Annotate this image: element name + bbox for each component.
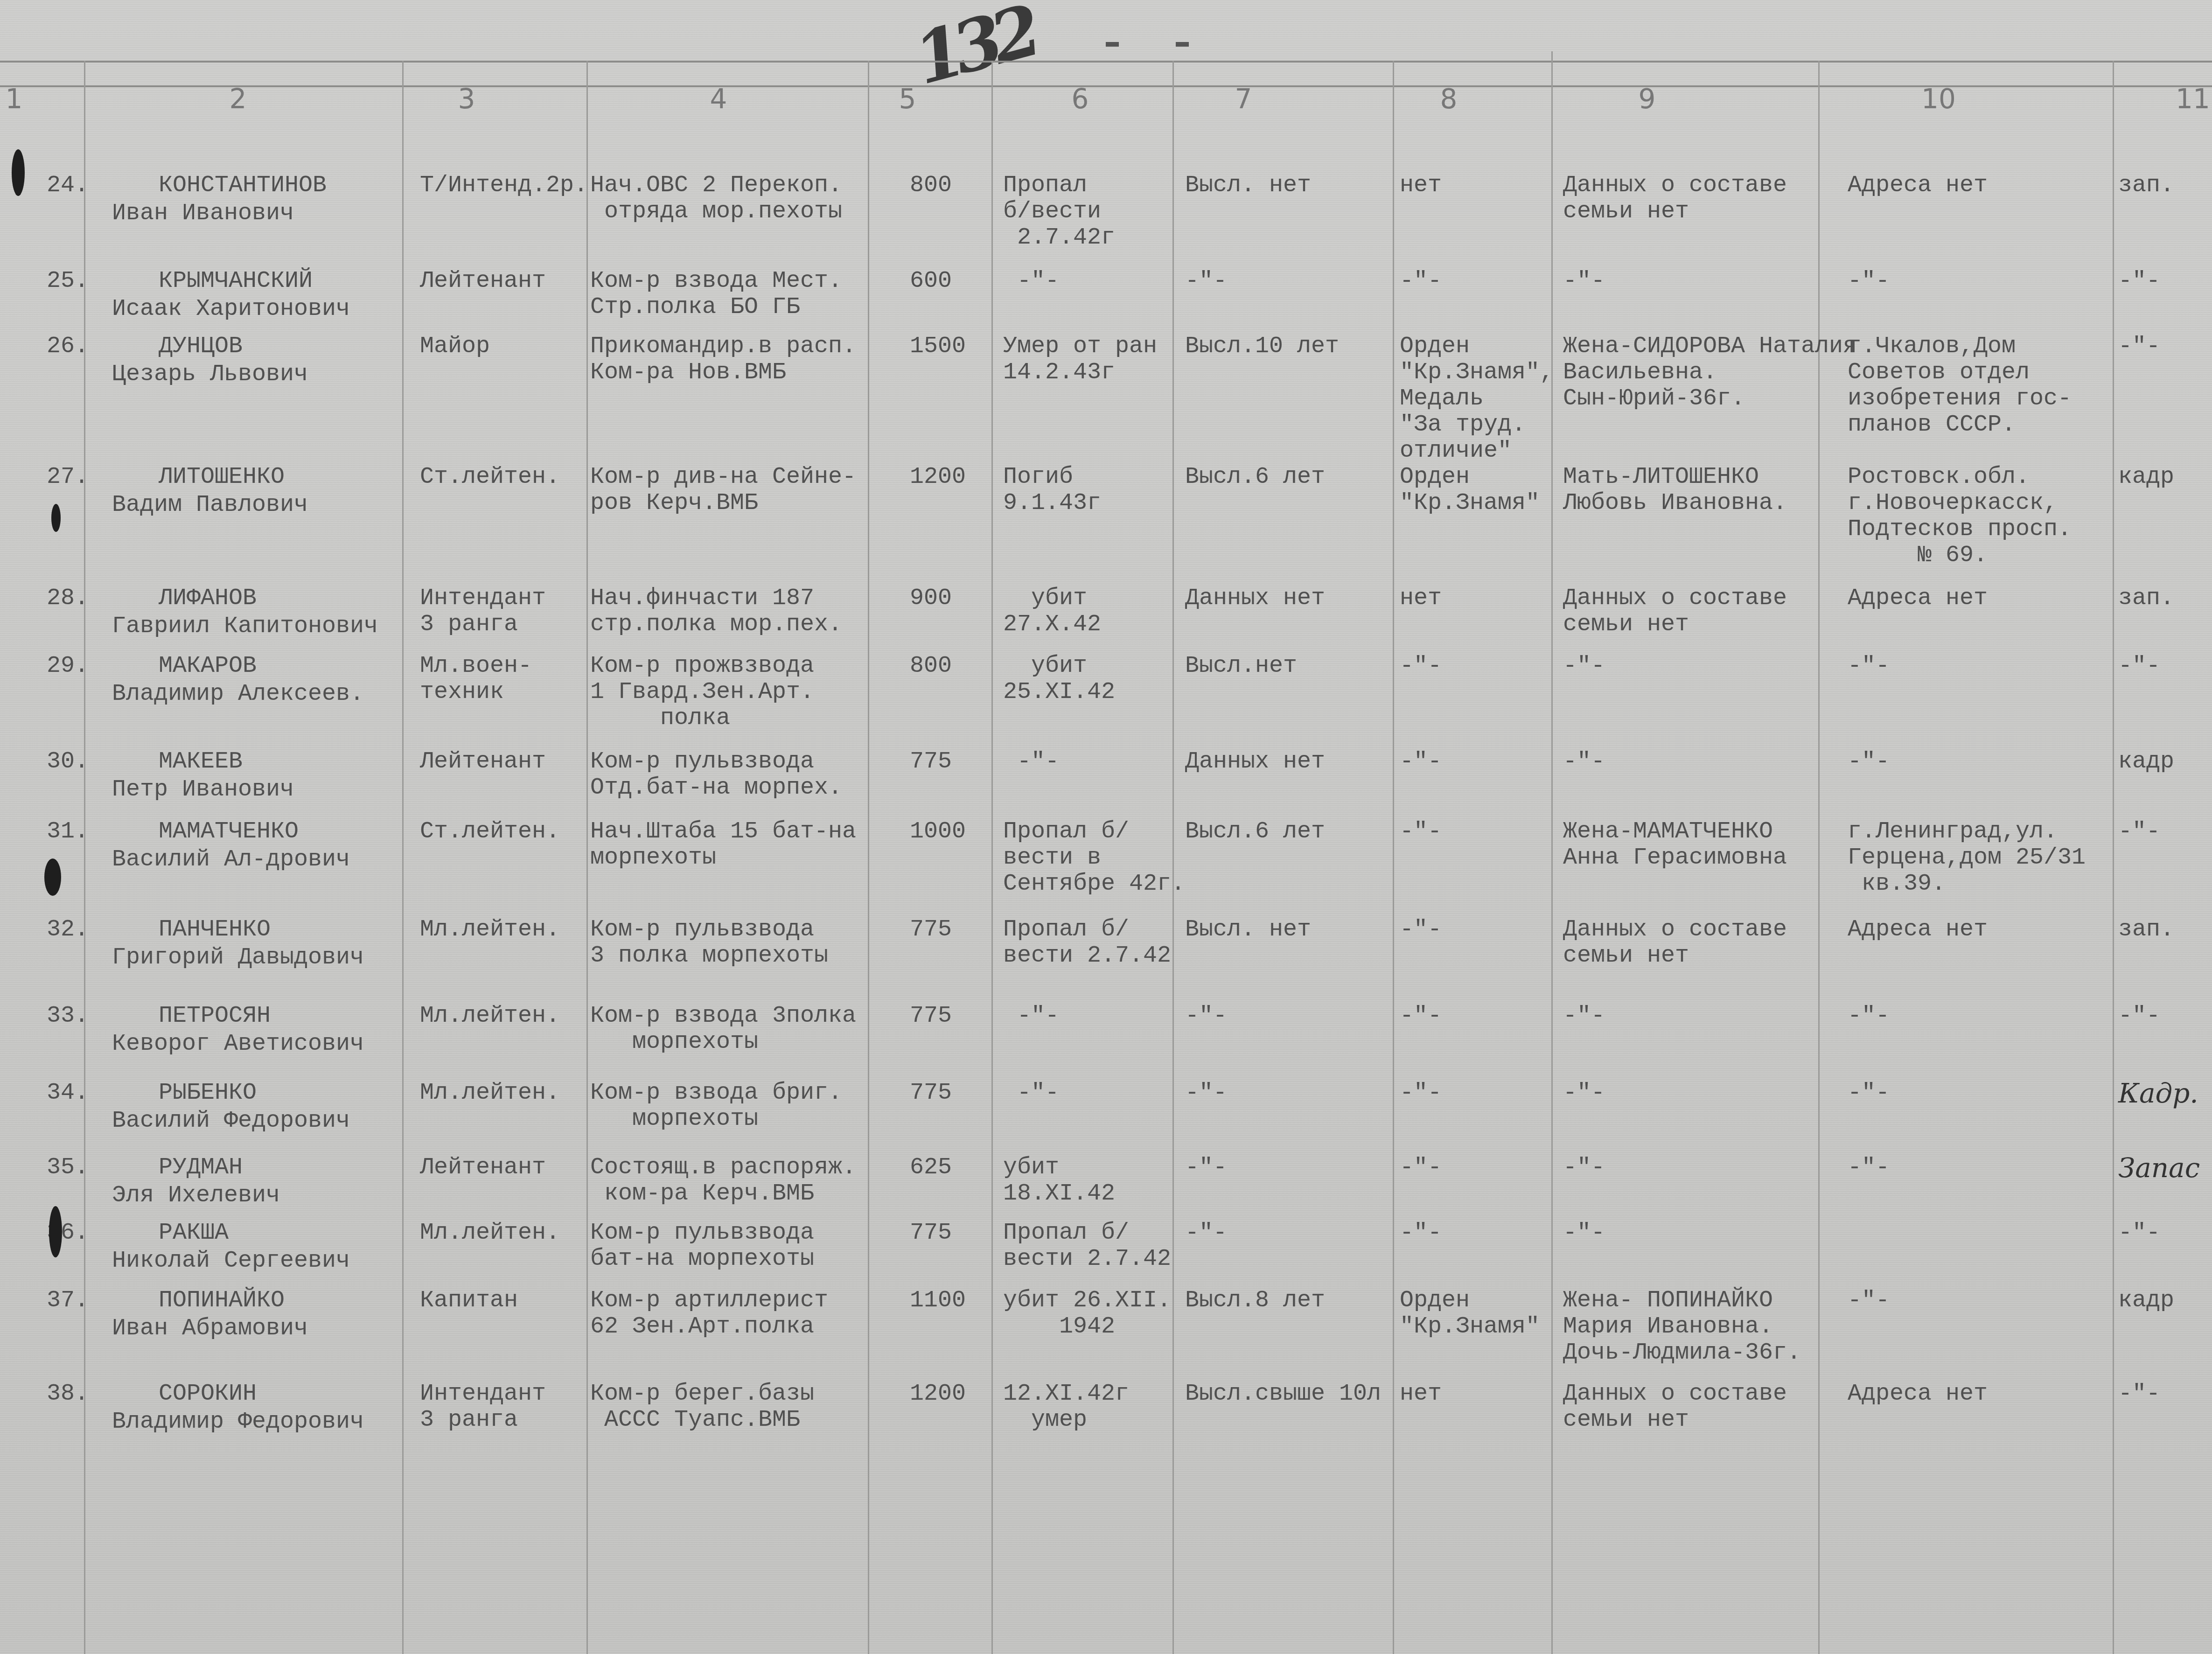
- surname: СОРОКИН: [159, 1381, 257, 1407]
- salary: 1100: [910, 1288, 966, 1314]
- salary: 800: [910, 653, 952, 679]
- surname: ПОПИНАЙКО: [159, 1288, 285, 1314]
- family-address: -"-: [1848, 1003, 1890, 1029]
- family-members: Данных о составе семьи нет: [1563, 586, 1787, 638]
- service-length: Высл.8 лет: [1185, 1288, 1325, 1314]
- row-number: 31.: [47, 819, 89, 845]
- given-names: Иван Иванович: [112, 201, 294, 227]
- status-note: Кадр.: [2118, 1080, 2198, 1106]
- header-top-rule: [0, 61, 2212, 63]
- family-address: Адреса нет: [1848, 173, 1988, 199]
- family-address: -"-: [1848, 653, 1890, 679]
- position: Ком-р взвода бриг. морпехоты: [590, 1080, 842, 1132]
- row-number: 25.: [47, 268, 89, 294]
- column-divider: [1818, 61, 1820, 1654]
- surname: ДУНЦОВ: [159, 334, 243, 360]
- fate: Пропал б/вести 2.7.42г: [1003, 173, 1115, 251]
- fate: -"-: [1003, 268, 1059, 294]
- salary: 775: [910, 749, 952, 775]
- column-number: 7: [1235, 83, 1252, 115]
- surname: ЛИФАНОВ: [159, 586, 257, 612]
- fate: 12.XI.42г умер: [1003, 1381, 1129, 1433]
- family-members: -"-: [1563, 1155, 1605, 1181]
- given-names: Василий Федорович: [112, 1108, 350, 1134]
- position: Ком-р взвода Мест. Стр.полка БО ГБ: [590, 268, 842, 321]
- fate: убит 18.XI.42: [1003, 1155, 1115, 1207]
- military-rank: Лейтенант: [420, 268, 546, 294]
- family-address: г.Чкалов,Дом Советов отдел изобретения г…: [1848, 334, 2072, 438]
- position: Нач.ОВС 2 Перекоп. отряда мор.пехоты: [590, 173, 842, 225]
- awards: нет: [1400, 173, 1442, 199]
- row-number: 34.: [47, 1080, 89, 1106]
- service-length: Данных нет: [1185, 586, 1325, 612]
- surname: ПАНЧЕНКО: [159, 917, 271, 943]
- column-divider: [1393, 61, 1394, 1654]
- row-number: 35.: [47, 1155, 89, 1181]
- salary: 900: [910, 586, 952, 612]
- given-names: Иван Абрамович: [112, 1316, 308, 1342]
- fate: убит 26.XII. 1942: [1003, 1288, 1171, 1340]
- awards: -"-: [1400, 1003, 1442, 1029]
- family-address: -"-: [1848, 268, 1890, 294]
- surname: РУДМАН: [159, 1155, 243, 1181]
- column-divider: [1551, 51, 1553, 1654]
- column-number: 10: [1921, 83, 1956, 115]
- fate: Пропал б/ вести в Сентябре 42г.: [1003, 819, 1185, 897]
- column-divider: [868, 61, 869, 1654]
- military-rank: Мл.лейтен.: [420, 1003, 560, 1029]
- family-address: -"-: [1848, 1155, 1890, 1181]
- family-address: г.Ленинград,ул. Герцена,дом 25/31 кв.39.: [1848, 819, 2086, 897]
- column-divider: [2113, 61, 2114, 1654]
- military-rank: Мл.лейтен.: [420, 1080, 560, 1106]
- position: Ком-р берег.базы АССС Туапс.ВМБ: [590, 1381, 814, 1433]
- position: Ком-р взвода 3полка морпехоты: [590, 1003, 856, 1055]
- service-length: -"-: [1185, 1080, 1227, 1106]
- fate: -"-: [1003, 1003, 1059, 1029]
- status-note: -"-: [2118, 1220, 2160, 1246]
- family-members: Жена- ПОПИНАЙКО Мария Ивановна. Дочь-Люд…: [1563, 1288, 1801, 1366]
- column-divider: [586, 61, 588, 1654]
- military-rank: Капитан: [420, 1288, 518, 1314]
- column-number: 5: [899, 83, 916, 115]
- given-names: Петр Иванович: [112, 777, 294, 803]
- awards: нет: [1400, 1381, 1442, 1407]
- status-note: -"-: [2118, 268, 2160, 294]
- awards: Орден "Кр.Знамя": [1400, 1288, 1540, 1340]
- surname: РЫБЕНКО: [159, 1080, 257, 1106]
- military-rank: Мл.лейтен.: [420, 917, 560, 943]
- service-length: -"-: [1185, 1155, 1227, 1181]
- awards: -"-: [1400, 749, 1442, 775]
- ink-blot: [12, 149, 25, 196]
- salary: 600: [910, 268, 952, 294]
- fate: Умер от ран 14.2.43г: [1003, 334, 1157, 386]
- position: Состоящ.в распоряж. ком-ра Керч.ВМБ: [590, 1155, 856, 1207]
- service-length: Высл.6 лет: [1185, 819, 1325, 845]
- header-bottom-rule: [0, 85, 2212, 87]
- position: Ком-р пульвзвода бат-на морпехоты: [590, 1220, 814, 1272]
- family-members: -"-: [1563, 1220, 1605, 1246]
- military-rank: Интендант 3 ранга: [420, 1381, 546, 1433]
- surname: ЛИТОШЕНКО: [159, 464, 285, 490]
- salary: 775: [910, 1003, 952, 1029]
- family-address: -"-: [1848, 1080, 1890, 1106]
- given-names: Кеворог Аветисович: [112, 1031, 364, 1057]
- military-rank: Ст.лейтен.: [420, 819, 560, 845]
- family-members: Данных о составе семьи нет: [1563, 917, 1787, 969]
- status-note: -"-: [2118, 334, 2160, 360]
- awards: -"-: [1400, 1080, 1442, 1106]
- ink-blot: [44, 858, 61, 896]
- status-note: зап.: [2118, 917, 2174, 943]
- ink-blot: [49, 1206, 62, 1257]
- fate: Пропал б/ вести 2.7.42: [1003, 1220, 1171, 1272]
- surname: ПЕТРОСЯН: [159, 1003, 271, 1029]
- salary: 1000: [910, 819, 966, 845]
- family-address: Ростовск.обл. г.Новочеркасск, Подтесков …: [1848, 464, 2072, 569]
- military-rank: Майор: [420, 334, 490, 360]
- position: Ком-р артиллерист 62 Зен.Арт.полка: [590, 1288, 828, 1340]
- service-length: -"-: [1185, 1220, 1227, 1246]
- row-number: 28.: [47, 586, 89, 612]
- position: Ком-р прожвзвода 1 Гвард.Зен.Арт. полка: [590, 653, 814, 732]
- family-address: Адреса нет: [1848, 1381, 1988, 1407]
- family-members: Данных о составе семьи нет: [1563, 173, 1787, 225]
- status-note: кадр: [2118, 464, 2174, 490]
- fate: Погиб 9.1.43г: [1003, 464, 1101, 516]
- given-names: Григорий Давыдович: [112, 945, 364, 971]
- service-length: Данных нет: [1185, 749, 1325, 775]
- position: Прикомандир.в расп. Ком-ра Нов.ВМБ: [590, 334, 856, 386]
- fate: убит 27.X.42: [1003, 586, 1101, 638]
- service-length: Высл.10 лет: [1185, 334, 1339, 360]
- row-number: 37.: [47, 1288, 89, 1314]
- military-rank: Лейтенант: [420, 749, 546, 775]
- salary: 800: [910, 173, 952, 199]
- given-names: Эля Ихелевич: [112, 1183, 280, 1209]
- family-address: Адреса нет: [1848, 917, 1988, 943]
- position: Нач.финчасти 187 стр.полка мор.пех.: [590, 586, 842, 638]
- surname: МАКАРОВ: [159, 653, 257, 679]
- family-members: -"-: [1563, 653, 1605, 679]
- awards: -"-: [1400, 917, 1442, 943]
- salary: 1200: [910, 464, 966, 490]
- awards: -"-: [1400, 819, 1442, 845]
- position: Нач.Штаба 15 бат-на морпехоты: [590, 819, 856, 871]
- salary: 775: [910, 917, 952, 943]
- surname: КРЫМЧАНСКИЙ: [159, 268, 313, 294]
- service-length: -"-: [1185, 268, 1227, 294]
- awards: -"-: [1400, 1155, 1442, 1181]
- column-number: 8: [1440, 83, 1458, 115]
- status-note: -"-: [2118, 1381, 2160, 1407]
- column-number: 6: [1072, 83, 1089, 115]
- row-number: 27.: [47, 464, 89, 490]
- fate: -"-: [1003, 749, 1059, 775]
- row-number: 24.: [47, 173, 89, 199]
- military-rank: Лейтенант: [420, 1155, 546, 1181]
- given-names: Вадим Павлович: [112, 492, 308, 518]
- given-names: Владимир Алексеев.: [112, 681, 364, 707]
- awards: -"-: [1400, 1220, 1442, 1246]
- status-note: -"-: [2118, 1003, 2160, 1029]
- service-length: -"-: [1185, 1003, 1227, 1029]
- column-number: 1: [6, 83, 23, 115]
- dash-mark: [1106, 42, 1119, 47]
- family-address: -"-: [1848, 1288, 1890, 1314]
- given-names: Николай Сергеевич: [112, 1248, 350, 1274]
- fate: убит 25.XI.42: [1003, 653, 1115, 705]
- salary: 775: [910, 1220, 952, 1246]
- family-members: Данных о составе семьи нет: [1563, 1381, 1787, 1433]
- family-members: -"-: [1563, 749, 1605, 775]
- family-members: Мать-ЛИТОШЕНКО Любовь Ивановна.: [1563, 464, 1787, 516]
- surname: РАКША: [159, 1220, 229, 1246]
- status-note: зап.: [2118, 173, 2174, 199]
- salary: 775: [910, 1080, 952, 1106]
- military-rank: Т/Интенд.2р.: [420, 173, 588, 199]
- status-note: Запас: [2118, 1155, 2200, 1181]
- ink-blot: [51, 504, 61, 532]
- fate: Пропал б/ вести 2.7.42: [1003, 917, 1171, 969]
- status-note: -"-: [2118, 819, 2160, 845]
- family-members: Жена-СИДОРОВА Наталия Васильевна. Сын-Юр…: [1563, 334, 1857, 412]
- service-length: Высл.6 лет: [1185, 464, 1325, 490]
- row-number: 26.: [47, 334, 89, 360]
- military-rank: Ст.лейтен.: [420, 464, 560, 490]
- awards: -"-: [1400, 653, 1442, 679]
- column-number: 3: [458, 83, 475, 115]
- awards: Орден "Кр.Знамя", Медаль "За труд. отлич…: [1400, 334, 1554, 464]
- family-address: Адреса нет: [1848, 586, 1988, 612]
- service-length: Высл.нет: [1185, 653, 1297, 679]
- status-note: кадр: [2118, 749, 2174, 775]
- given-names: Цезарь Львович: [112, 362, 308, 388]
- family-members: -"-: [1563, 1003, 1605, 1029]
- fate: -"-: [1003, 1080, 1059, 1106]
- row-number: 33.: [47, 1003, 89, 1029]
- given-names: Владимир Федорович: [112, 1409, 364, 1435]
- given-names: Василий Ал-дрович: [112, 847, 350, 873]
- position: Ком-р див-на Сейне- ров Керч.ВМБ: [590, 464, 856, 516]
- row-number: 29.: [47, 653, 89, 679]
- awards: нет: [1400, 586, 1442, 612]
- family-address: -"-: [1848, 749, 1890, 775]
- column-number: 2: [230, 83, 247, 115]
- military-rank: Интендант 3 ранга: [420, 586, 546, 638]
- awards: Орден "Кр.Знамя": [1400, 464, 1540, 516]
- column-number: 9: [1639, 83, 1656, 115]
- row-number: 32.: [47, 917, 89, 943]
- military-rank: Мл.лейтен.: [420, 1220, 560, 1246]
- salary: 1200: [910, 1381, 966, 1407]
- row-number: 30.: [47, 749, 89, 775]
- service-length: Высл.свыше 10л: [1185, 1381, 1381, 1407]
- service-length: Высл. нет: [1185, 173, 1311, 199]
- surname: КОНСТАНТИНОВ: [159, 173, 327, 199]
- position: Ком-р пульвзвода Отд.бат-на морпех.: [590, 749, 842, 801]
- given-names: Гавриил Капитонович: [112, 614, 378, 640]
- column-divider: [402, 61, 404, 1654]
- family-members: Жена-МАМАТЧЕНКО Анна Герасимовна: [1563, 819, 1787, 871]
- column-divider: [991, 61, 993, 1654]
- family-members: -"-: [1563, 268, 1605, 294]
- salary: 625: [910, 1155, 952, 1181]
- military-rank: Мл.воен- техник: [420, 653, 532, 705]
- row-number: 38.: [47, 1381, 89, 1407]
- family-members: -"-: [1563, 1080, 1605, 1106]
- status-note: зап.: [2118, 586, 2174, 612]
- archival-document-page: 132 1 2 3 4 5 6 7 8 9 10 11 24.КОНСТАНТИ…: [0, 0, 2212, 1654]
- given-names: Исаак Харитонович: [112, 296, 350, 322]
- position: Ком-р пульвзвода 3 полка морпехоты: [590, 917, 828, 969]
- awards: -"-: [1400, 268, 1442, 294]
- status-note: кадр: [2118, 1288, 2174, 1314]
- salary: 1500: [910, 334, 966, 360]
- column-divider: [84, 61, 85, 1654]
- service-length: Высл. нет: [1185, 917, 1311, 943]
- status-note: -"-: [2118, 653, 2160, 679]
- surname: МАМАТЧЕНКО: [159, 819, 299, 845]
- dash-mark: [1176, 42, 1189, 47]
- surname: МАКЕЕВ: [159, 749, 243, 775]
- column-number: 11: [2176, 83, 2210, 115]
- column-number: 4: [710, 83, 727, 115]
